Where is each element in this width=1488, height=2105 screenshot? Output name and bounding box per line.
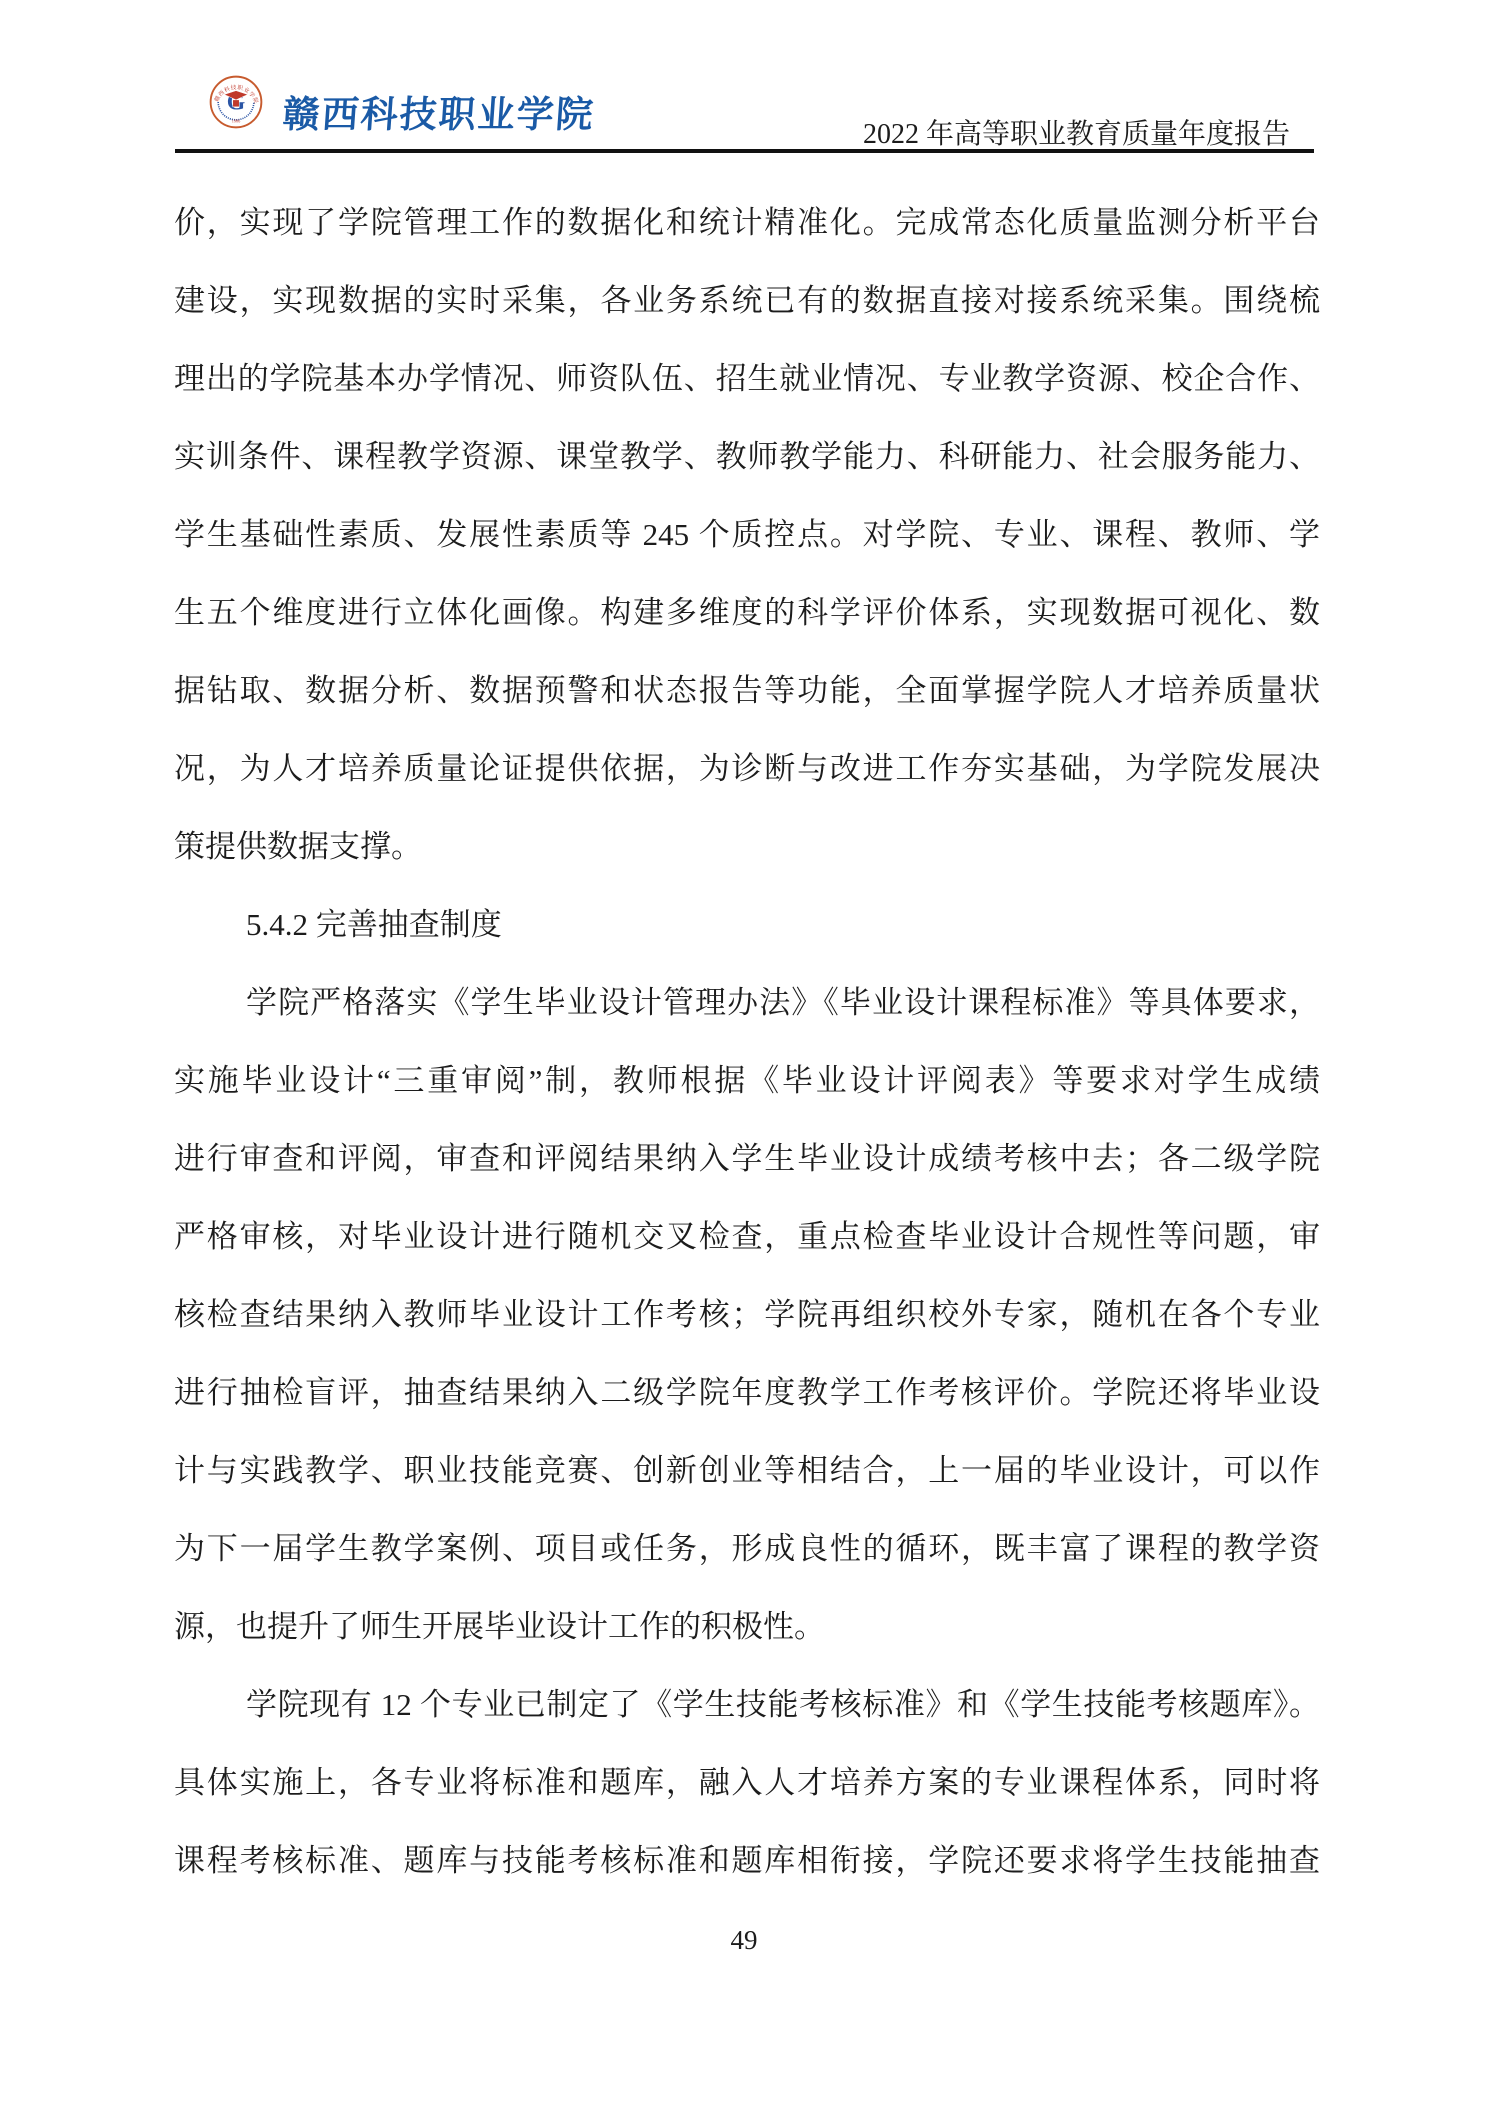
paragraph-line: 源，也提升了师生开展毕业设计工作的积极性。	[174, 1588, 1320, 1666]
header-rule	[175, 149, 1314, 153]
document-page: 赣西科技职业学院 G 1986 赣西科技职业学院 2022 年高等职业教育质量年…	[0, 0, 1488, 2105]
logo-founding-year: 1986	[232, 119, 241, 124]
paragraph-line: 进行审查和评阅，审查和评阅结果纳入学生毕业设计成绩考核中去；各二级学院	[174, 1120, 1320, 1198]
paragraph-line: 进行抽检盲评，抽查结果纳入二级学院年度教学工作考核评价。学院还将毕业设	[174, 1354, 1320, 1432]
paragraph-line: 为下一届学生教学案例、项目或任务，形成良性的循环，既丰富了课程的教学资	[174, 1510, 1320, 1588]
paragraph-line: 策提供数据支撑。	[174, 808, 1320, 886]
section-heading: 5.4.2 完善抽查制度	[174, 886, 1320, 964]
school-name: 赣西科技职业学院	[281, 84, 597, 138]
paragraph-line: 具体实施上，各专业将标准和题库，融入人才培养方案的专业课程体系，同时将	[174, 1744, 1320, 1822]
paragraph-line: 实施毕业设计“三重审阅”制，教师根据《毕业设计评阅表》等要求对学生成绩	[174, 1042, 1320, 1120]
page-number: 49	[0, 1925, 1488, 1956]
paragraph-line: 学院现有 12 个专业已制定了《学生技能考核标准》和《学生技能考核题库》。	[174, 1666, 1320, 1744]
document-body: 价，实现了学院管理工作的数据化和统计精准化。完成常态化质量监测分析平台建设，实现…	[174, 184, 1320, 1900]
paragraph-line: 况，为人才培养质量论证提供依据，为诊断与改进工作夯实基础，为学院发展决	[174, 730, 1320, 808]
paragraph-line: 计与实践教学、职业技能竞赛、创新创业等相结合，上一届的毕业设计，可以作	[174, 1432, 1320, 1510]
paragraph-line: 学生基础性素质、发展性素质等 245 个质控点。对学院、专业、课程、教师、学	[174, 496, 1320, 574]
paragraph-line: 价，实现了学院管理工作的数据化和统计精准化。完成常态化质量监测分析平台	[174, 184, 1320, 262]
paragraph-line: 核检查结果纳入教师毕业设计工作考核；学院再组织校外专家，随机在各个专业	[174, 1276, 1320, 1354]
paragraph-line: 课程考核标准、题库与技能考核标准和题库相衔接，学院还要求将学生技能抽查	[174, 1822, 1320, 1900]
paragraph-line: 实训条件、课程教学资源、课堂教学、教师教学能力、科研能力、社会服务能力、	[174, 418, 1320, 496]
paragraph-line: 建设，实现数据的实时采集，各业务系统已有的数据直接对接系统采集。围绕梳	[174, 262, 1320, 340]
paragraph-line: 生五个维度进行立体化画像。构建多维度的科学评价体系，实现数据可视化、数	[174, 574, 1320, 652]
school-logo: 赣西科技职业学院 G 1986	[209, 75, 263, 129]
school-emblem-icon: 赣西科技职业学院 G 1986	[209, 75, 263, 129]
paragraph-line: 据钻取、数据分析、数据预警和状态报告等功能，全面掌握学院人才培养质量状	[174, 652, 1320, 730]
paragraph-line: 理出的学院基本办学情况、师资队伍、招生就业情况、专业教学资源、校企合作、	[174, 340, 1320, 418]
paragraph-line: 严格审核，对毕业设计进行随机交叉检查，重点检查毕业设计合规性等问题，审	[174, 1198, 1320, 1276]
report-title: 2022 年高等职业教育质量年度报告	[863, 112, 1290, 152]
paragraph-line: 学院严格落实《学生毕业设计管理办法》《毕业设计课程标准》等具体要求，	[174, 964, 1320, 1042]
